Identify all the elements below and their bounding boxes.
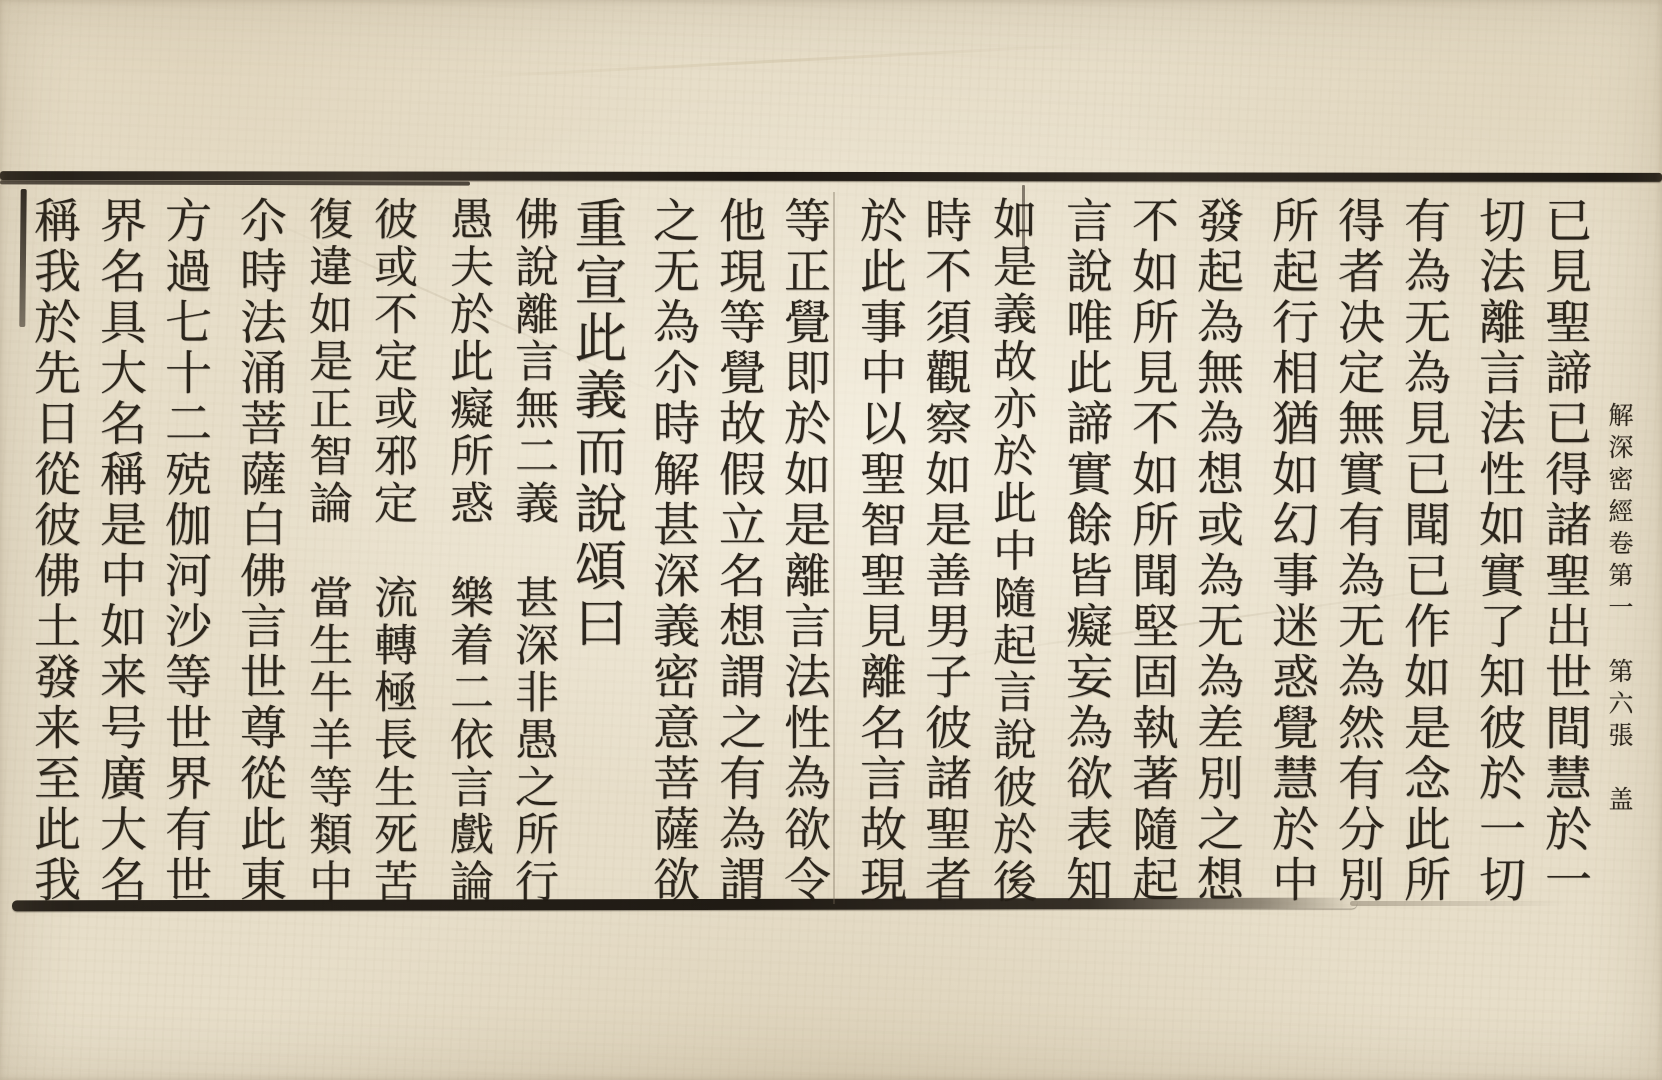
sutra-column-4: 得者决定無實有為无為然有分別 bbox=[1334, 196, 1381, 906]
manuscript-page: 已見聖諦已得諸聖出世間慧於一切法離言法性如實了知彼於一切有為无為見已聞已作如是念… bbox=[0, 0, 1662, 1080]
sutra-column-12: 等正覺即於如是離言法性為欲令 bbox=[780, 196, 827, 906]
sutra-column-1: 已見聖諦已得諸聖出世間慧於一 bbox=[1541, 196, 1588, 906]
sutra-column-23: 稱我於先日從彼佛土發来至此我 bbox=[30, 196, 77, 906]
scroll-margin-title: 解深密經卷第一 第六張 盖 bbox=[1596, 402, 1632, 818]
sutra-column-18: 彼或不定或邪定 流轉極長生死苦 bbox=[369, 196, 413, 906]
top-border-rule-fragment bbox=[0, 180, 470, 185]
sutra-column-15: 重宣此義而說頌曰 bbox=[570, 196, 623, 652]
paper-crease bbox=[420, 42, 1119, 82]
sheet-join-crease bbox=[833, 192, 835, 904]
sutra-column-5: 所起行相猶如幻事迷惑覺慧於中 bbox=[1268, 196, 1315, 906]
sutra-column-2: 切法離言法性如實了知彼於一切 bbox=[1475, 196, 1522, 906]
sutra-column-7: 不如所見不如所聞堅固執著隨起 bbox=[1128, 196, 1175, 906]
sutra-column-3: 有為无為見已聞已作如是念此所 bbox=[1400, 196, 1447, 906]
sutra-column-11: 於此事中以聖智聖見離名言故現 bbox=[856, 196, 903, 906]
sutra-column-14: 之无為尒時解甚深義密意菩薩欲 bbox=[649, 196, 696, 906]
sutra-column-16: 佛說離言無二義 甚深非愚之所行 bbox=[510, 196, 554, 906]
sutra-column-8: 言說唯此諦實餘皆癡妄為欲表知 bbox=[1062, 196, 1109, 906]
sutra-column-22: 界名具大名稱是中如来号廣大名 bbox=[96, 196, 143, 906]
sutra-column-17: 愚夫於此癡所惑 樂着二依言戲論 bbox=[445, 196, 489, 906]
sutra-column-20: 尒時法涌菩薩白佛言世尊從此東 bbox=[236, 196, 283, 906]
sutra-column-10: 時不須觀察如是善男子彼諸聖者 bbox=[921, 196, 968, 906]
sutra-column-6: 發起為無為想或為无為差別之想 bbox=[1193, 196, 1240, 906]
sutra-column-19: 復違如是正智論 當生牛羊等類中 bbox=[304, 196, 348, 906]
sutra-column-9: 如是義故亦於此中隨起言說彼於後 bbox=[988, 196, 1032, 906]
sutra-column-13: 他現等覺故假立名想謂之有為謂 bbox=[715, 196, 762, 906]
sutra-column-21: 方過七十二殑伽河沙等世界有世 bbox=[161, 196, 208, 906]
